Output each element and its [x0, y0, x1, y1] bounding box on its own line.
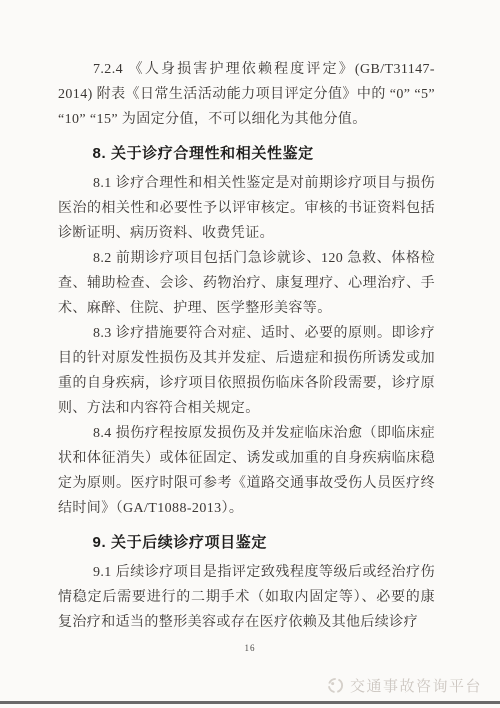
- document-page: 7.2.4 《人身损害护理依赖程度评定》(GB/T31147-2014) 附表《…: [0, 0, 500, 708]
- paragraph-8-3: 8.3 诊疗措施要符合对症、适时、必要的原则。即诊疗目的针对原发性损伤及其并发症…: [58, 321, 435, 421]
- page-number: 16: [0, 643, 500, 653]
- watermark: 交通事故咨询平台: [327, 675, 482, 696]
- paragraph-8-1: 8.1 诊疗合理性和相关性鉴定是对前期诊疗项目与损伤医治的相关性和必要性予以评审…: [58, 171, 435, 246]
- platform-logo-icon: [327, 677, 344, 694]
- paragraph-8-2: 8.2 前期诊疗项目包括门急诊就诊、120 急救、体格检查、辅助检查、会诊、药物…: [58, 246, 435, 321]
- paragraph-9-1: 9.1 后续诊疗项目是指评定致残程度等级后或经治疗伤情稳定后需要进行的二期手术（…: [58, 560, 435, 635]
- section-8-heading: 8. 关于诊疗合理性和相关性鉴定: [58, 142, 435, 166]
- paragraph-7-2-4: 7.2.4 《人身损害护理依赖程度评定》(GB/T31147-2014) 附表《…: [58, 57, 435, 132]
- paragraph-8-4: 8.4 损伤疗程按原发损伤及并发症临床治愈（即临床症状和体征消失）或体征固定、诱…: [58, 421, 435, 521]
- section-9-heading: 9. 关于后续诊疗项目鉴定: [58, 531, 435, 555]
- document-body: 7.2.4 《人身损害护理依赖程度评定》(GB/T31147-2014) 附表《…: [58, 57, 435, 635]
- bottom-rule: [0, 701, 500, 704]
- watermark-text: 交通事故咨询平台: [350, 675, 482, 696]
